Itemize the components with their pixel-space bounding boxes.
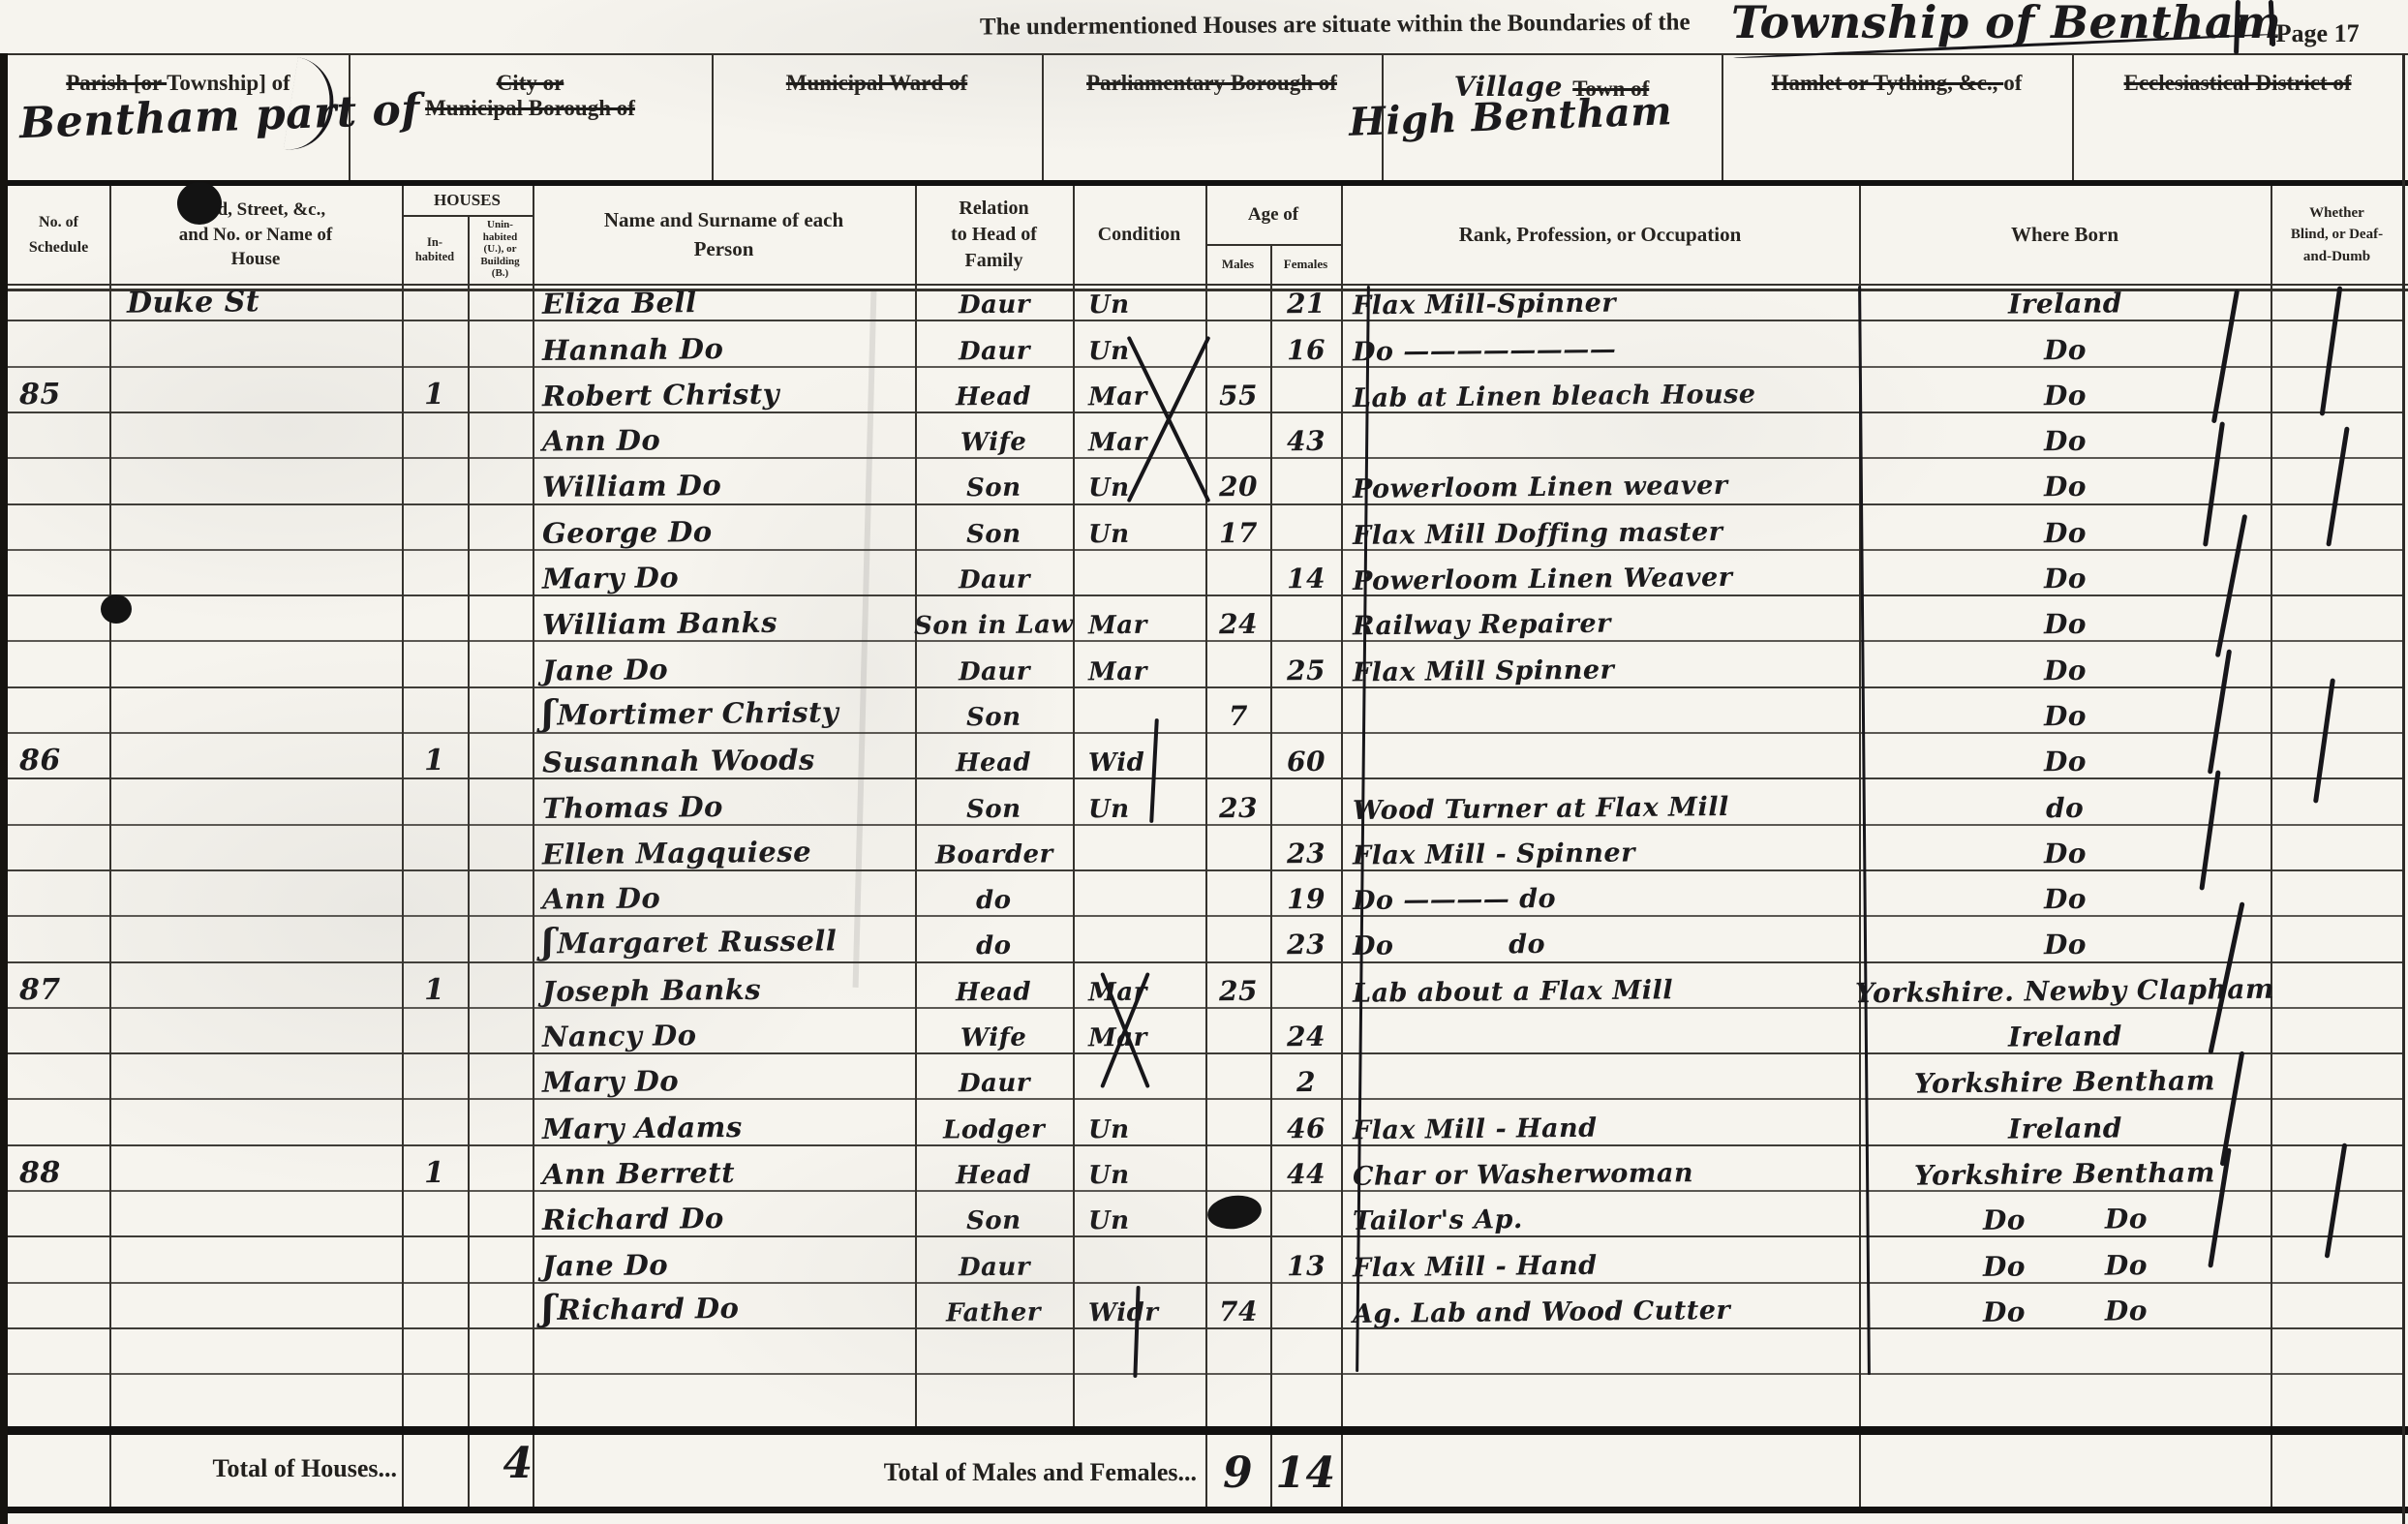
row-person-name: Jane Do	[533, 1235, 925, 1285]
row-age-male: 7	[1205, 686, 1270, 736]
row-occupation-text: Do ————————	[1353, 334, 1617, 367]
row-occupation: Char or Washerwoman	[1341, 1144, 1871, 1194]
row-person-name: Susannah Woods	[533, 732, 925, 781]
column-header-text: HOUSES	[434, 191, 501, 210]
row-occupation: Do ————————	[1341, 320, 1871, 369]
row-person-name: Richard Do	[533, 1190, 925, 1239]
column-header-text: House	[231, 247, 281, 272]
district-printed-text: Ecclesiastical District of	[2123, 71, 2351, 95]
row-age-male: 17	[1205, 503, 1270, 553]
district-label: Ecclesiastical District of	[2072, 55, 2403, 96]
row-occupation: Lab at Linen bleach House	[1341, 366, 1871, 415]
row-occupation: Flax Mill - Hand	[1341, 1235, 1871, 1285]
row-occupation: Flax Mill - Hand	[1341, 1098, 1871, 1147]
row-occupation: Flax Mill - Spinner	[1341, 824, 1871, 873]
row-relation-text: Head	[956, 381, 1031, 411]
row-age-female-text: 23	[1286, 838, 1325, 869]
row-inhabited-text: 1	[424, 744, 445, 777]
district-printed-text: of	[2003, 71, 2022, 95]
row-person-name-text: Ann Do	[542, 882, 661, 916]
row-condition-text: Un	[1088, 520, 1130, 549]
row-person-name-text: Robert Christy	[542, 378, 779, 413]
column-header-text: Person	[694, 235, 754, 263]
row-person-name-text: Ann Do	[542, 424, 661, 458]
column-header-text: In- habited	[411, 235, 459, 264]
row-inhabited: 1	[402, 366, 468, 415]
row-condition-text: Un	[1088, 473, 1130, 503]
row-age-female-text: 19	[1286, 883, 1325, 915]
row-inhabited-text: 1	[424, 1156, 445, 1190]
row-age-male-text: 20	[1218, 471, 1257, 503]
district-label: Hamlet or Tything, &c., of	[1722, 55, 2072, 96]
row-condition: Un	[1073, 1144, 1221, 1194]
row-occupation-text: Flax Mill-Spinner	[1353, 289, 1616, 321]
row-age-male: 55	[1205, 366, 1270, 415]
row-condition-text: Un	[1088, 1114, 1130, 1143]
row-person-name-text: ʃMargaret Russell	[542, 918, 838, 962]
row-age-female: 13	[1270, 1235, 1341, 1285]
column-header-uninhabited: Unin- habited (U.), or Building (B.)	[468, 215, 533, 284]
row-age-female-text: 44	[1286, 1158, 1325, 1190]
row-relation-text: Son	[966, 520, 1021, 550]
row-age-male-text: 23	[1218, 791, 1257, 823]
row-occupation-text: Powerloom Linen Weaver	[1353, 563, 1733, 596]
column-header-relation: Relation to Head of Family	[915, 186, 1073, 284]
row-occupation-text: Flax Mill Doffing master	[1353, 517, 1723, 551]
column-header-houses: HOUSES	[402, 186, 533, 215]
row-age-female: 60	[1270, 732, 1341, 781]
row-occupation: Flax Mill Spinner	[1341, 640, 1871, 689]
row-condition-text: Mar	[1088, 428, 1147, 458]
handwriting-flourish: ʃ	[542, 1287, 555, 1328]
row-schedule-text: 85	[19, 378, 61, 411]
row-age-female-text: 46	[1286, 1112, 1325, 1143]
row-where-born-text: Ireland	[2007, 288, 2121, 320]
row-relation-text: Daur	[958, 336, 1029, 366]
row-condition: Mar	[1073, 640, 1221, 689]
row-where-born: Do	[1859, 320, 2271, 369]
row-person-name: Ann Berrett	[533, 1144, 925, 1194]
row-condition: Un	[1073, 274, 1221, 323]
row-occupation: Railway Repairer	[1341, 594, 1871, 644]
row-relation-text: Head	[956, 977, 1031, 1007]
totals-column-rule	[1341, 1435, 1343, 1507]
row-relation: Father	[915, 1282, 1073, 1331]
row-person-name-text: Jane Do	[542, 653, 668, 686]
row-schedule-text: 87	[19, 973, 61, 1007]
row-condition: Wid	[1073, 732, 1221, 781]
row-person-name-text: ʃMortimer Christy	[542, 688, 839, 733]
column-header-text: Name and Surname of each	[604, 206, 843, 234]
totals-column-rule	[109, 1435, 111, 1507]
handwriting-flourish: ʃ	[542, 921, 555, 962]
column-header-road: Road, Street, &c., and No. or Name of Ho…	[109, 186, 402, 284]
row-person-name-text: Mary Adams	[542, 1111, 743, 1145]
totals-column-rule	[2271, 1435, 2272, 1507]
column-header-age: Age of	[1205, 190, 1341, 240]
banner-printed-text: The undermentioned Houses are situate wi…	[980, 9, 1691, 41]
row-where-born-text: Do Do	[1982, 1295, 2147, 1328]
row-age-male-text: 74	[1218, 1295, 1257, 1327]
row-schedule-text: 88	[19, 1156, 61, 1190]
row-person-name-text: Ellen Magquiese	[542, 835, 811, 870]
row-condition-text: Un	[1088, 290, 1130, 320]
row-person-name: William Banks	[533, 594, 925, 644]
row-where-born: Ireland	[1859, 1098, 2271, 1147]
column-header-name: Name and Surname of each Person	[533, 186, 915, 284]
row-where-born: Do	[1859, 411, 2271, 461]
row-occupation-text: Wood Turner at Flax Mill	[1353, 792, 1729, 826]
row-relation-text: Son	[966, 473, 1021, 503]
row-age-female: 43	[1270, 411, 1341, 461]
row-where-born: Do Do	[1859, 1282, 2271, 1331]
row-relation: do	[915, 915, 1073, 964]
row-occupation: Wood Turner at Flax Mill	[1341, 777, 1871, 827]
row-occupation: Flax Mill-Spinner	[1341, 274, 1871, 323]
row-occupation: Do do	[1341, 915, 1871, 964]
row-inhabited: 1	[402, 1144, 468, 1194]
row-where-born: Do	[1859, 366, 2271, 415]
row-condition: Mar	[1073, 594, 1221, 644]
row-where-born: Yorkshire Bentham	[1859, 1144, 2271, 1194]
row-condition: Un	[1073, 1190, 1221, 1239]
row-relation-text: Daur	[958, 1252, 1029, 1282]
row-where-born-text: Ireland	[2007, 1020, 2121, 1052]
row-inhabited-text: 1	[424, 378, 445, 411]
column-header-text: to Head of	[951, 222, 1037, 248]
row-relation-text: do	[976, 886, 1012, 915]
row-age-male-text: 25	[1218, 975, 1257, 1007]
row-relation-text: Father	[946, 1297, 1041, 1327]
district-label: Municipal Ward of	[712, 55, 1042, 96]
row-relation-text: Daur	[958, 290, 1029, 320]
column-header-condition: Condition	[1073, 186, 1205, 284]
district-label: Parliamentary Borough of	[1042, 55, 1382, 96]
row-age-female-text: 14	[1286, 563, 1325, 594]
row-condition-text: Un	[1088, 1161, 1130, 1190]
row-age-female: 2	[1270, 1052, 1341, 1102]
row-where-born: Do	[1859, 732, 2271, 781]
row-condition-text: Mar	[1088, 611, 1147, 641]
row-age-female: 44	[1270, 1144, 1341, 1194]
row-relation-text: Son	[966, 794, 1021, 824]
row-condition-text: Mar	[1088, 382, 1147, 412]
row-relation: Head	[915, 732, 1073, 781]
row-occupation-text: Ag. Lab and Wood Cutter	[1353, 1295, 1730, 1329]
row-where-born: Do	[1859, 686, 2271, 736]
row-inhabited: 1	[402, 732, 468, 781]
row-schedule: 85	[8, 366, 121, 415]
column-header-text: Schedule	[29, 235, 88, 260]
row-person-name: Ellen Magquiese	[533, 824, 925, 873]
column-header-text: and-Dumb	[2303, 246, 2370, 268]
row-where-born-text: Do	[2043, 654, 2086, 686]
row-occupation-text: Do do	[1353, 930, 1545, 961]
row-occupation-text: Flax Mill - Spinner	[1353, 838, 1635, 870]
row-person-name: ʃRichard Do	[533, 1282, 925, 1331]
row-person-name: Mary Adams	[533, 1098, 925, 1147]
row-age-female: 25	[1270, 640, 1341, 689]
row-where-born-text: Do	[2043, 883, 2086, 915]
totals-column-rule	[402, 1435, 404, 1507]
row-relation-text: Boarder	[934, 839, 1052, 869]
row-occupation-text: Do ———— do	[1353, 884, 1556, 916]
row-age-female-text: 43	[1286, 425, 1325, 457]
column-header-schedule: No. of Schedule	[8, 186, 109, 284]
row-occupation: Lab about a Flax Mill	[1341, 961, 1871, 1011]
row-where-born: Do	[1859, 869, 2271, 919]
row-relation: Daur	[915, 1052, 1073, 1102]
district-cell-hamlet-tything: Hamlet or Tything, &c., of	[1722, 55, 2072, 180]
row-where-born: Do Do	[1859, 1190, 2271, 1239]
district-printed-text: Parliamentary Borough of	[1086, 71, 1337, 95]
row-age-female: 23	[1270, 915, 1341, 964]
row-where-born-text: Do	[2043, 929, 2086, 960]
row-condition-text: Un	[1088, 794, 1130, 823]
row-person-name-text: ʃRichard Do	[542, 1285, 740, 1328]
row-person-name-text: Thomas Do	[542, 790, 723, 825]
row-relation-text: Son	[966, 1206, 1021, 1236]
district-printed-text: Municipal Ward of	[786, 71, 967, 95]
column-header-text: Condition	[1098, 224, 1181, 246]
row-relation: Daur	[915, 320, 1073, 369]
handwriting-flourish: ʃ	[542, 691, 555, 733]
row-person-name: Robert Christy	[533, 366, 925, 415]
column-header-text: No. of	[39, 210, 78, 235]
row-person-name: William Do	[533, 457, 925, 506]
column-header-blind: Whether Blind, or Deaf- and-Dumb	[2271, 186, 2403, 284]
row-where-born: Yorkshire. Newby Clapham	[1859, 961, 2271, 1011]
row-age-male: 23	[1205, 777, 1270, 827]
row-occupation-text: Char or Washerwoman	[1353, 1158, 1693, 1192]
row-relation: Daur	[915, 1235, 1073, 1285]
row-occupation-text: Flax Mill Spinner	[1353, 655, 1615, 687]
row-relation: Head	[915, 1144, 1073, 1194]
pen-stroke	[2325, 1143, 2348, 1258]
row-where-born: Do	[1859, 640, 2271, 689]
row-person-name-text: William Do	[542, 470, 722, 504]
row-age-female: 19	[1270, 869, 1341, 919]
row-where-born-text: Do	[2043, 563, 2086, 594]
row-relation: Wife	[915, 411, 1073, 461]
row-age-female-text: 2	[1295, 1066, 1315, 1098]
row-relation: Wife	[915, 1007, 1073, 1056]
row-schedule: 86	[8, 732, 121, 781]
row-age-male-text: 17	[1218, 517, 1257, 549]
table-row-rule	[8, 1373, 2402, 1375]
row-occupation: Powerloom Linen Weaver	[1341, 549, 1871, 598]
row-condition: Un	[1073, 777, 1221, 827]
row-relation: Head	[915, 961, 1073, 1011]
district-printed-text: City or	[497, 71, 564, 95]
district-printed-text: Municipal Borough of	[425, 96, 635, 120]
row-relation-text: Head	[956, 1161, 1031, 1191]
row-relation-text: Lodger	[943, 1114, 1046, 1144]
row-age-male-text: 24	[1218, 608, 1257, 640]
row-age-male-text: 7	[1228, 700, 1247, 732]
row-condition-text: Un	[1088, 1206, 1130, 1235]
row-where-born: Do	[1859, 594, 2271, 644]
column-header-text: Rank, Profession, or Occupation	[1459, 223, 1742, 247]
row-inhabited-text: 1	[424, 973, 445, 1007]
column-header-text: Relation	[959, 196, 1028, 222]
row-person-name-text: Susannah Woods	[542, 744, 815, 779]
row-where-born-text: do	[2046, 791, 2085, 823]
row-where-born-text: Do	[2043, 380, 2086, 411]
row-condition: Mar	[1073, 411, 1221, 461]
row-person-name-text: William Banks	[542, 606, 777, 642]
column-header-text: Family	[965, 248, 1023, 274]
row-relation-text: Daur	[958, 656, 1029, 686]
scan-left-edge	[0, 53, 8, 1524]
ink-blot	[101, 594, 132, 624]
row-person-name-text: Joseph Banks	[542, 973, 761, 1008]
total-males-females-label: Total of Males and Females...	[821, 1458, 1197, 1487]
row-where-born-text: Yorkshire Bentham	[1914, 1156, 2215, 1191]
row-relation-text: Son in Law	[914, 611, 1074, 642]
row-person-name-text: Eliza Bell	[542, 286, 697, 320]
row-relation-text: Head	[956, 748, 1031, 778]
row-person-name: Eliza Bell	[533, 274, 925, 323]
row-relation-text: Daur	[958, 565, 1029, 595]
column-header-born: Where Born	[1859, 186, 2271, 284]
total-females-value: 14	[1270, 1448, 1341, 1498]
column-header-rank: Rank, Profession, or Occupation	[1341, 186, 1859, 284]
row-road: Duke St	[109, 274, 419, 323]
row-person-name: Ann Do	[533, 411, 925, 461]
row-person-name-text: Mary Do	[542, 561, 679, 594]
district-printed-text: Hamlet or Tything, &c.,	[1772, 71, 2004, 95]
row-where-born-text: Do Do	[1982, 1203, 2147, 1236]
row-occupation: Ag. Lab and Wood Cutter	[1341, 1282, 1871, 1331]
row-relation-text: Son	[966, 703, 1021, 733]
row-age-female-text: 16	[1286, 333, 1325, 365]
row-where-born-text: Do	[2043, 333, 2086, 365]
row-occupation: Do ———— do	[1341, 869, 1871, 919]
row-person-name: Joseph Banks	[533, 961, 925, 1011]
row-occupation-text: Railway Repairer	[1353, 609, 1611, 642]
row-person-name: Jane Do	[533, 640, 925, 689]
column-header-text: Females	[1284, 257, 1327, 272]
row-condition-text: Un	[1088, 336, 1130, 365]
table-column-rule	[468, 215, 470, 1426]
row-relation: Son	[915, 777, 1073, 827]
row-age-female: 46	[1270, 1098, 1341, 1147]
district-cell-ecclesiastical-district: Ecclesiastical District of	[2072, 55, 2403, 180]
row-where-born-text: Do	[2043, 517, 2086, 549]
row-person-name-text: Ann Berrett	[542, 1156, 735, 1191]
row-person-name: ʃMargaret Russell	[533, 915, 925, 964]
row-person-name: Mary Do	[533, 1052, 925, 1102]
row-where-born: Ireland	[1859, 274, 2271, 323]
totals-column-rule	[468, 1435, 470, 1507]
row-condition: Mar	[1073, 961, 1221, 1011]
row-schedule: 88	[8, 1144, 121, 1194]
table-column-rule	[2271, 186, 2272, 1426]
row-where-born-text: Do	[2043, 746, 2086, 777]
totals-column-rule	[1859, 1435, 1861, 1507]
row-relation: Daur	[915, 549, 1073, 598]
row-occupation: Flax Mill Doffing master	[1341, 503, 1871, 553]
row-relation-text: do	[976, 931, 1012, 960]
row-age-female: 14	[1270, 549, 1341, 598]
row-age-male: 24	[1205, 594, 1270, 644]
row-person-name-text: George Do	[542, 515, 713, 550]
row-road-text: Duke St	[127, 286, 260, 320]
column-header-text: Where Born	[2011, 223, 2118, 247]
district-cell-city-borough: City orMunicipal Borough of	[349, 55, 712, 180]
row-occupation-text: Powerloom Linen weaver	[1353, 471, 1728, 504]
row-schedule-text: 86	[19, 744, 61, 777]
row-occupation: Tailor's Ap.	[1341, 1190, 1871, 1239]
row-relation: Son	[915, 686, 1073, 736]
row-age-female: 21	[1270, 274, 1341, 323]
row-person-name: ʃMortimer Christy	[533, 686, 925, 736]
district-printed-text: Parish [or	[66, 71, 167, 95]
row-condition: Mar	[1073, 1007, 1221, 1056]
district-cell-municipal-ward: Municipal Ward of	[712, 55, 1042, 180]
row-person-name-text: Hannah Do	[542, 332, 724, 367]
row-condition: Un	[1073, 503, 1221, 553]
row-relation: Head	[915, 366, 1073, 415]
row-age-male-text: 55	[1218, 380, 1257, 411]
column-header-text: Unin- habited (U.), or Building (B.)	[472, 219, 529, 280]
row-condition-text: Widr	[1088, 1298, 1159, 1328]
pen-stroke	[2320, 286, 2343, 415]
row-where-born-text: Do	[2043, 608, 2086, 640]
row-relation-text: Daur	[958, 1069, 1029, 1099]
row-where-born-text: Do	[2043, 425, 2086, 457]
row-where-born-text: Do	[2043, 700, 2086, 732]
row-person-name-text: Nancy Do	[542, 1019, 697, 1053]
row-age-male: 20	[1205, 457, 1270, 506]
row-person-name: Hannah Do	[533, 320, 925, 369]
row-condition-text: Wid	[1088, 748, 1145, 778]
total-houses-label: Total of Houses...	[114, 1454, 397, 1483]
district-cell-parliamentary-borough: Parliamentary Borough of	[1042, 55, 1382, 180]
row-occupation-text: Flax Mill - Hand	[1353, 1113, 1598, 1145]
row-age-female-text: 13	[1286, 1249, 1325, 1281]
row-relation: Son	[915, 457, 1073, 506]
row-relation-text: Wife	[960, 428, 1027, 458]
district-label: City orMunicipal Borough of	[349, 55, 712, 121]
row-occupation-text: Lab about a Flax Mill	[1353, 975, 1673, 1008]
row-age-female: 23	[1270, 824, 1341, 873]
row-condition-text: Mar	[1088, 656, 1147, 686]
row-where-born-text: Ireland	[2007, 1112, 2121, 1144]
row-where-born-text: Yorkshire Bentham	[1914, 1065, 2215, 1100]
row-relation-text: Wife	[960, 1023, 1027, 1053]
row-where-born-text: Do Do	[1982, 1249, 2147, 1283]
row-person-name: Ann Do	[533, 869, 925, 919]
row-age-female-text: 23	[1286, 929, 1325, 960]
row-relation: Son	[915, 1190, 1073, 1239]
district-cell-village-town: Village Town ofHigh Bentham	[1382, 55, 1722, 180]
row-occupation-text: Tailor's Ap.	[1353, 1204, 1523, 1236]
row-where-born: Yorkshire Bentham	[1859, 1052, 2271, 1102]
row-age-male: 74	[1205, 1282, 1270, 1331]
row-age-male: 25	[1205, 961, 1270, 1011]
column-header-text: Whether	[2309, 202, 2364, 225]
row-age-female-text: 25	[1286, 654, 1325, 686]
row-relation: Lodger	[915, 1098, 1073, 1147]
row-schedule: 87	[8, 961, 121, 1011]
pen-stroke	[2326, 426, 2349, 546]
township-handwritten: Township of Bentham	[1731, 0, 2281, 48]
row-person-name: George Do	[533, 503, 925, 553]
row-occupation-text: Flax Mill - Hand	[1353, 1250, 1598, 1283]
row-condition: Un	[1073, 1098, 1221, 1147]
